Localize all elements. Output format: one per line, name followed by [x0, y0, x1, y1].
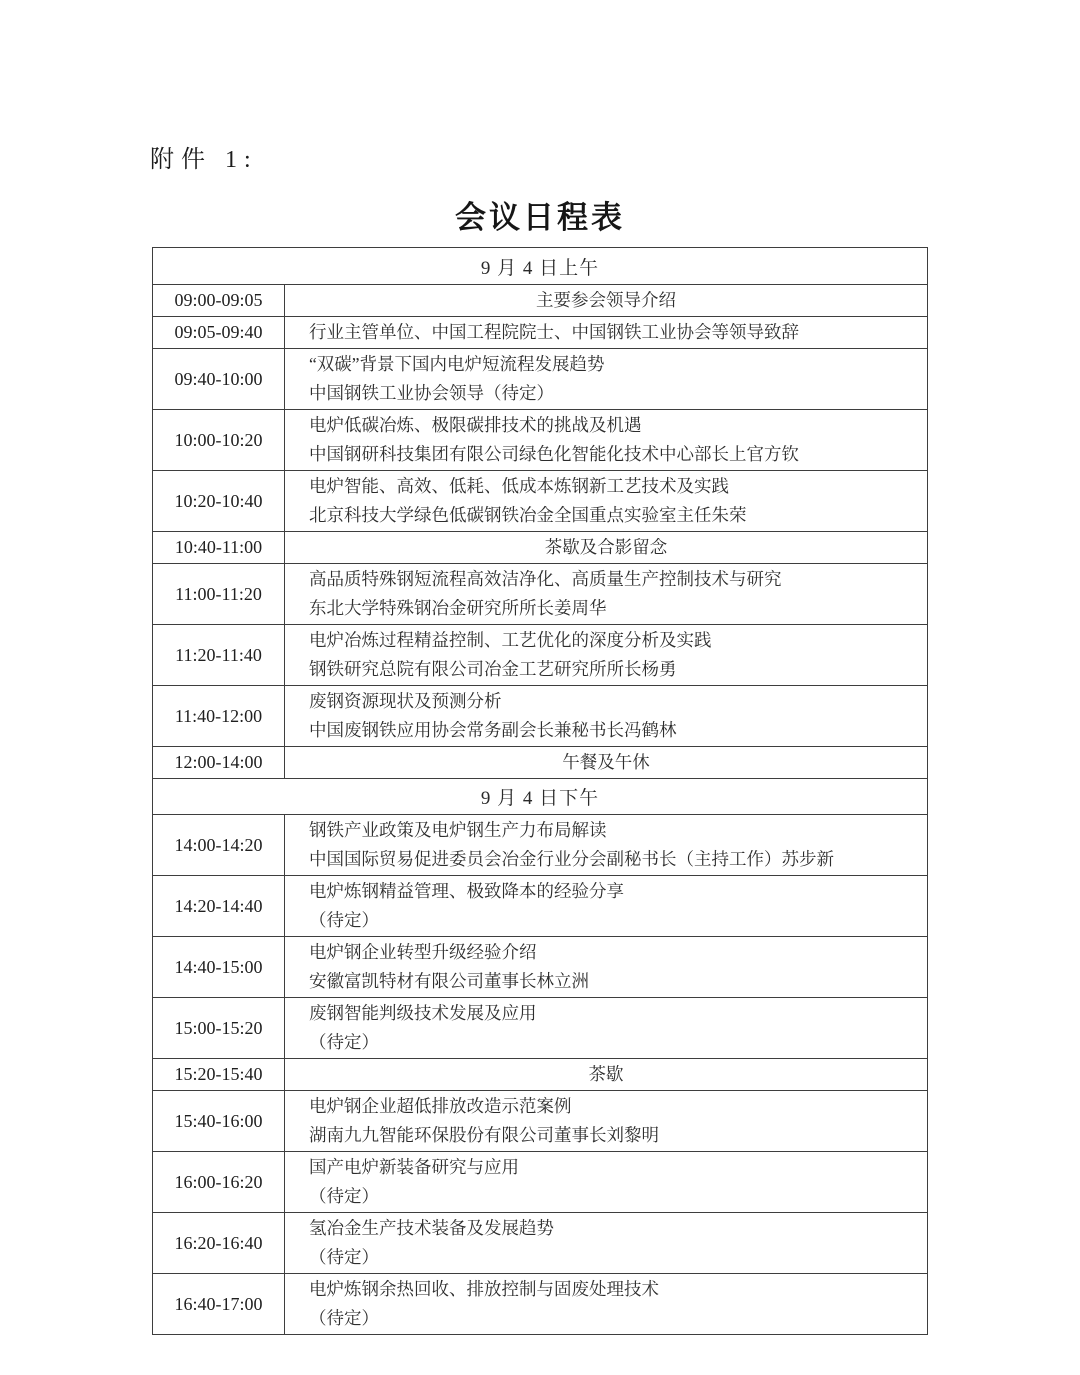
agenda-topic: 午餐及午休	[562, 748, 650, 777]
time-cell: 11:40-12:00	[153, 686, 285, 746]
schedule-row: 14:40-15:00电炉钢企业转型升级经验介绍安徽富凯特材有限公司董事长林立洲	[153, 936, 927, 997]
agenda-speaker: 中国废钢铁应用协会常务副会长兼秘书长冯鹤林	[309, 716, 913, 745]
time-cell: 10:20-10:40	[153, 471, 285, 531]
schedule-row: 15:20-15:40茶歇	[153, 1058, 927, 1090]
agenda-cell: 茶歇	[285, 1059, 927, 1090]
time-cell: 15:20-15:40	[153, 1059, 285, 1090]
agenda-cell: 电炉炼钢精益管理、极致降本的经验分享（待定）	[285, 876, 927, 936]
agenda-speaker: （待定）	[309, 1243, 913, 1272]
time-cell: 15:40-16:00	[153, 1091, 285, 1151]
time-cell: 11:00-11:20	[153, 564, 285, 624]
agenda-topic: 茶歇及合影留念	[545, 533, 668, 562]
schedule-row: 16:00-16:20国产电炉新装备研究与应用（待定）	[153, 1151, 927, 1212]
agenda-speaker: （待定）	[309, 1304, 913, 1333]
schedule-row: 11:00-11:20高品质特殊钢短流程高效洁净化、高质量生产控制技术与研究东北…	[153, 563, 927, 624]
schedule-table: 9 月 4 日上午09:00-09:05主要参会领导介绍09:05-09:40行…	[152, 247, 928, 1335]
agenda-cell: 国产电炉新装备研究与应用（待定）	[285, 1152, 927, 1212]
schedule-row: 11:20-11:40电炉冶炼过程精益控制、工艺优化的深度分析及实践钢铁研究总院…	[153, 624, 927, 685]
agenda-topic: 电炉钢企业转型升级经验介绍	[309, 938, 913, 967]
time-cell: 16:20-16:40	[153, 1213, 285, 1273]
schedule-row: 09:05-09:40行业主管单位、中国工程院院士、中国钢铁工业协会等领导致辞	[153, 316, 927, 348]
schedule-row: 16:20-16:40氢冶金生产技术装备及发展趋势（待定）	[153, 1212, 927, 1273]
time-cell: 14:00-14:20	[153, 815, 285, 875]
agenda-speaker: 中国国际贸易促进委员会冶金行业分会副秘书长（主持工作）苏步新	[309, 845, 913, 874]
agenda-topic: 电炉冶炼过程精益控制、工艺优化的深度分析及实践	[309, 626, 913, 655]
time-cell: 09:05-09:40	[153, 317, 285, 348]
agenda-cell: 废钢智能判级技术发展及应用（待定）	[285, 998, 927, 1058]
time-cell: 14:40-15:00	[153, 937, 285, 997]
agenda-topic: 电炉钢企业超低排放改造示范案例	[309, 1092, 913, 1121]
page-title: 会议日程表	[0, 192, 1080, 237]
session-header-label: 9 月 4 日下午	[481, 783, 599, 810]
agenda-cell: 电炉冶炼过程精益控制、工艺优化的深度分析及实践钢铁研究总院有限公司冶金工艺研究所…	[285, 625, 927, 685]
agenda-cell: 行业主管单位、中国工程院院士、中国钢铁工业协会等领导致辞	[285, 317, 927, 348]
agenda-topic: 废钢智能判级技术发展及应用	[309, 999, 913, 1028]
agenda-speaker: （待定）	[309, 906, 913, 935]
schedule-row: 12:00-14:00午餐及午休	[153, 746, 927, 778]
schedule-row: 15:00-15:20废钢智能判级技术发展及应用（待定）	[153, 997, 927, 1058]
agenda-cell: 高品质特殊钢短流程高效洁净化、高质量生产控制技术与研究东北大学特殊钢冶金研究所所…	[285, 564, 927, 624]
agenda-cell: 钢铁产业政策及电炉钢生产力布局解读中国国际贸易促进委员会冶金行业分会副秘书长（主…	[285, 815, 927, 875]
schedule-row: 10:40-11:00茶歇及合影留念	[153, 531, 927, 563]
agenda-speaker: 安徽富凯特材有限公司董事长林立洲	[309, 967, 913, 996]
agenda-speaker: （待定）	[309, 1028, 913, 1057]
schedule-row: 16:40-17:00电炉炼钢余热回收、排放控制与固废处理技术（待定）	[153, 1273, 927, 1334]
agenda-speaker: （待定）	[309, 1182, 913, 1211]
agenda-topic: “双碳”背景下国内电炉短流程发展趋势	[309, 350, 913, 379]
agenda-topic: 电炉智能、高效、低耗、低成本炼钢新工艺技术及实践	[309, 472, 913, 501]
agenda-cell: 电炉钢企业转型升级经验介绍安徽富凯特材有限公司董事长林立洲	[285, 937, 927, 997]
schedule-row: 09:40-10:00“双碳”背景下国内电炉短流程发展趋势中国钢铁工业协会领导（…	[153, 348, 927, 409]
schedule-row: 14:00-14:20钢铁产业政策及电炉钢生产力布局解读中国国际贸易促进委员会冶…	[153, 814, 927, 875]
agenda-topic: 国产电炉新装备研究与应用	[309, 1153, 913, 1182]
agenda-topic: 钢铁产业政策及电炉钢生产力布局解读	[309, 816, 913, 845]
schedule-row: 14:20-14:40电炉炼钢精益管理、极致降本的经验分享（待定）	[153, 875, 927, 936]
attachment-label: 附件 1:	[150, 139, 258, 174]
agenda-cell: “双碳”背景下国内电炉短流程发展趋势中国钢铁工业协会领导（待定）	[285, 349, 927, 409]
agenda-cell: 电炉炼钢余热回收、排放控制与固废处理技术（待定）	[285, 1274, 927, 1334]
session-header-label: 9 月 4 日上午	[481, 253, 599, 280]
schedule-row: 10:20-10:40电炉智能、高效、低耗、低成本炼钢新工艺技术及实践北京科技大…	[153, 470, 927, 531]
time-cell: 11:20-11:40	[153, 625, 285, 685]
time-cell: 14:20-14:40	[153, 876, 285, 936]
agenda-topic: 电炉低碳冶炼、极限碳排技术的挑战及机遇	[309, 411, 913, 440]
agenda-speaker: 东北大学特殊钢冶金研究所所长姜周华	[309, 594, 913, 623]
agenda-topic: 电炉炼钢精益管理、极致降本的经验分享	[309, 877, 913, 906]
schedule-row: 10:00-10:20电炉低碳冶炼、极限碳排技术的挑战及机遇中国钢研科技集团有限…	[153, 409, 927, 470]
agenda-topic: 电炉炼钢余热回收、排放控制与固废处理技术	[309, 1275, 913, 1304]
agenda-topic: 高品质特殊钢短流程高效洁净化、高质量生产控制技术与研究	[309, 565, 913, 594]
agenda-cell: 电炉智能、高效、低耗、低成本炼钢新工艺技术及实践北京科技大学绿色低碳钢铁冶金全国…	[285, 471, 927, 531]
time-cell: 10:00-10:20	[153, 410, 285, 470]
agenda-cell: 午餐及午休	[285, 747, 927, 778]
agenda-topic: 主要参会领导介绍	[536, 286, 676, 315]
schedule-row: 15:40-16:00电炉钢企业超低排放改造示范案例湖南九九智能环保股份有限公司…	[153, 1090, 927, 1151]
time-cell: 16:00-16:20	[153, 1152, 285, 1212]
time-cell: 10:40-11:00	[153, 532, 285, 563]
time-cell: 16:40-17:00	[153, 1274, 285, 1334]
agenda-cell: 氢冶金生产技术装备及发展趋势（待定）	[285, 1213, 927, 1273]
agenda-topic: 茶歇	[589, 1060, 624, 1089]
time-cell: 09:00-09:05	[153, 285, 285, 316]
agenda-speaker: 中国钢铁工业协会领导（待定）	[309, 379, 913, 408]
agenda-cell: 电炉钢企业超低排放改造示范案例湖南九九智能环保股份有限公司董事长刘黎明	[285, 1091, 927, 1151]
agenda-topic: 废钢资源现状及预测分析	[309, 687, 913, 716]
time-cell: 09:40-10:00	[153, 349, 285, 409]
agenda-topic: 行业主管单位、中国工程院院士、中国钢铁工业协会等领导致辞	[309, 318, 913, 347]
time-cell: 15:00-15:20	[153, 998, 285, 1058]
agenda-cell: 废钢资源现状及预测分析中国废钢铁应用协会常务副会长兼秘书长冯鹤林	[285, 686, 927, 746]
schedule-row: 09:00-09:05主要参会领导介绍	[153, 284, 927, 316]
agenda-cell: 主要参会领导介绍	[285, 285, 927, 316]
document-page: 附件 1: 会议日程表 9 月 4 日上午09:00-09:05主要参会领导介绍…	[0, 0, 1080, 1375]
schedule-row: 11:40-12:00废钢资源现状及预测分析中国废钢铁应用协会常务副会长兼秘书长…	[153, 685, 927, 746]
agenda-speaker: 湖南九九智能环保股份有限公司董事长刘黎明	[309, 1121, 913, 1150]
agenda-speaker: 钢铁研究总院有限公司冶金工艺研究所所长杨勇	[309, 655, 913, 684]
session-header-row: 9 月 4 日下午	[153, 778, 927, 814]
session-header-row: 9 月 4 日上午	[153, 248, 927, 284]
agenda-cell: 电炉低碳冶炼、极限碳排技术的挑战及机遇中国钢研科技集团有限公司绿色化智能化技术中…	[285, 410, 927, 470]
agenda-topic: 氢冶金生产技术装备及发展趋势	[309, 1214, 913, 1243]
agenda-speaker: 中国钢研科技集团有限公司绿色化智能化技术中心部长上官方钦	[309, 440, 913, 469]
agenda-speaker: 北京科技大学绿色低碳钢铁冶金全国重点实验室主任朱荣	[309, 501, 913, 530]
time-cell: 12:00-14:00	[153, 747, 285, 778]
agenda-cell: 茶歇及合影留念	[285, 532, 927, 563]
